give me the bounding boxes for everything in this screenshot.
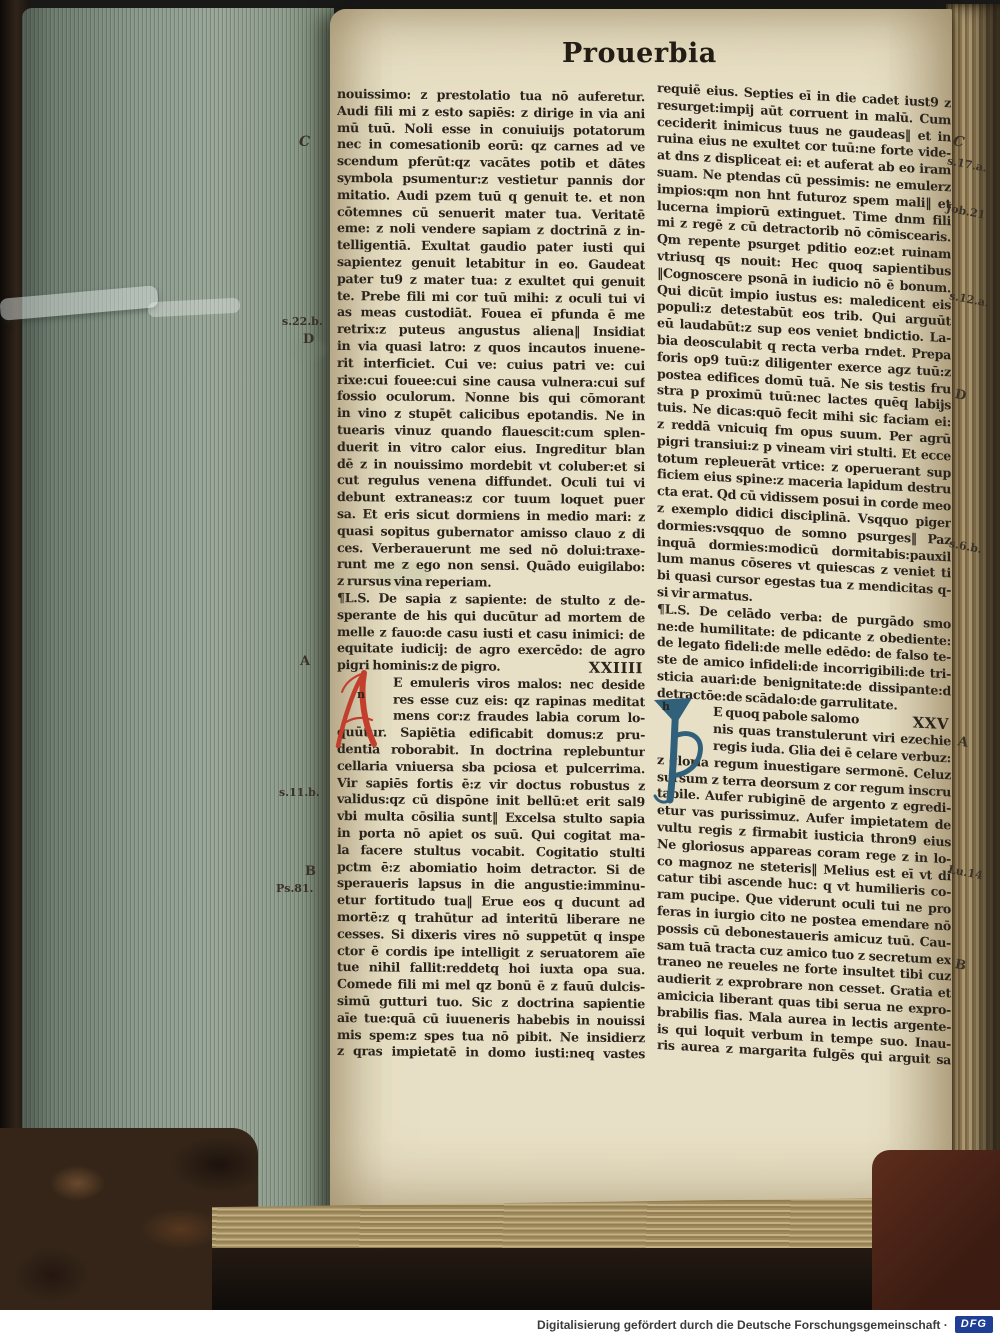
dfg-logo: DFG (955, 1316, 993, 1333)
page-block-fore-edge (22, 8, 334, 1220)
chapter-number: XXV (913, 715, 949, 734)
margin-note: Ps.81. (276, 882, 313, 895)
credit-text: Digitalisierung gefördert durch die Deut… (537, 1318, 948, 1332)
guide-letter: h (662, 700, 670, 713)
guide-letter: n (357, 688, 365, 701)
text-column-right: requiē eius. Septies eī in die cadet ius… (657, 80, 951, 1070)
text-column-left: nouissimo: z prestolatio tua nō auferetu… (337, 86, 645, 1063)
digitization-credit-bar: Digitalisierung gefördert durch die Deut… (0, 1310, 1000, 1339)
margin-note: s.22.b. (282, 315, 323, 328)
margin-note: D (303, 332, 314, 347)
text-line: z qras impietatē in domo iusti:neq vaste… (337, 1043, 645, 1063)
digitized-book-photo: Prouerbia nouissimo: z prestolatio tua n… (0, 0, 1000, 1339)
margin-note: C (299, 134, 310, 150)
running-title: Prouerbia (562, 38, 782, 69)
margin-note: A (300, 654, 310, 669)
chapter-number: XXIIII (589, 660, 643, 677)
page-stack-right (946, 4, 1000, 1256)
margin-note: s.11.b. (279, 786, 320, 799)
rubricated-initial-H-blue: h (646, 694, 706, 806)
rubricated-initial-N-red: n (331, 668, 385, 748)
margin-note: B (305, 864, 316, 879)
leather-corner-bottom-right (872, 1150, 1000, 1312)
